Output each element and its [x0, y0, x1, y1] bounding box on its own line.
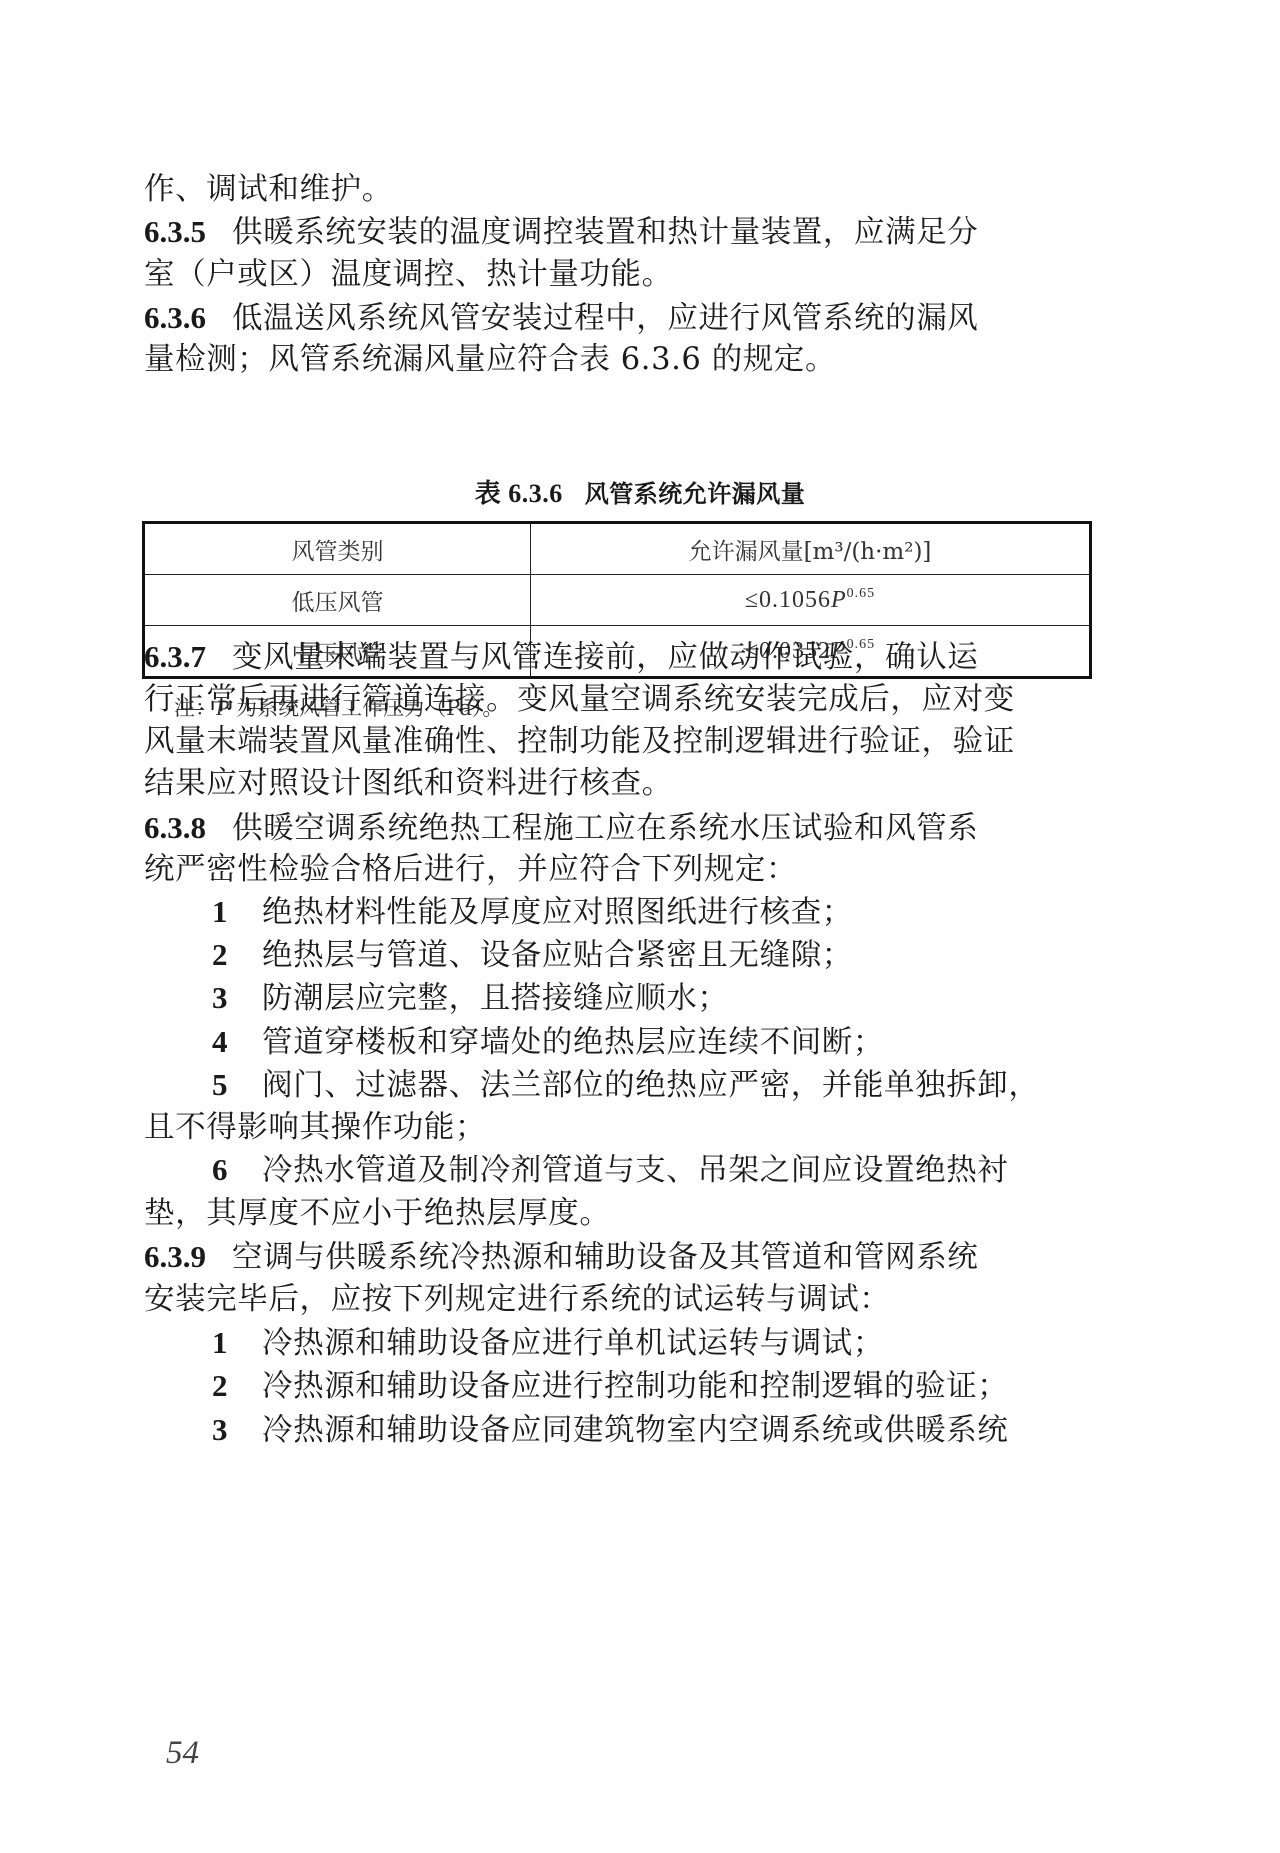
clause-number: 6.3.8: [144, 806, 206, 850]
clause-6-3-9-line-1: 6.3.9空调与供暖系统冷热源和辅助设备及其管道和管网系统: [144, 1235, 1094, 1280]
header-duct-type: 风管类别: [144, 523, 531, 575]
clause-text: 供暖系统安装的温度调控装置和热计量装置，应满足分: [232, 215, 978, 250]
item-text: 垫，其厚度不应小于绝热层厚度。: [144, 1196, 611, 1231]
clause-6-3-5-line-1: 6.3.5供暖系统安装的温度调控装置和热计量装置，应满足分: [144, 210, 1094, 255]
cell-duct-type: 低压风管: [144, 575, 531, 626]
table-number: 表 6.3.6: [475, 479, 563, 508]
list-item: 3防潮层应完整，且搭接缝应顺水；: [144, 976, 1094, 1021]
table-caption: 表 6.3.6风管系统允许漏风量: [0, 474, 1280, 514]
clause-text: 量检测；风管系统漏风量应符合表 6.3.6 的规定。: [144, 342, 836, 377]
item-text: 冷热源和辅助设备应进行单机试运转与调试；: [262, 1326, 884, 1361]
table-header-row: 风管类别 允许漏风量[m³/(h·m²)]: [144, 523, 1091, 575]
item-number: 1: [212, 890, 262, 934]
item-text: 绝热材料性能及厚度应对照图纸进行核查；: [262, 895, 853, 930]
clause-text: 变风量末端装置与风管连接前，应做动作试验，确认运: [232, 640, 978, 675]
table-title: 风管系统允许漏风量: [585, 480, 806, 508]
formula-coefficient: ≤0.1056: [745, 587, 831, 613]
clause-6-3-6-line-1: 6.3.6低温送风系统风管安装过程中，应进行风管系统的漏风: [144, 296, 1094, 341]
header-allowed-leakage: 允许漏风量[m³/(h·m²)]: [531, 523, 1091, 575]
clause-6-3-7-line-4: 结果应对照设计图纸和资料进行核查。: [144, 762, 1094, 806]
item-text: 管道穿楼板和穿墙处的绝热层应连续不间断；: [262, 1025, 884, 1060]
item-text: 冷热水管道及制冷剂管道与支、吊架之间应设置绝热衬: [262, 1153, 1008, 1188]
clause-text: 行正常后再进行管道连接。变风量空调系统安装完成后，应对变: [144, 682, 1015, 717]
item-number: 5: [212, 1063, 262, 1107]
item-number: 4: [212, 1020, 262, 1064]
paragraph-continuation: 作、调试和维护。: [144, 168, 1094, 212]
list-item-continuation: 垫，其厚度不应小于绝热层厚度。: [144, 1192, 1094, 1236]
clause-6-3-8-line-1: 6.3.8供暖空调系统绝热工程施工应在系统水压试验和风管系: [144, 806, 1094, 851]
item-text: 防潮层应完整，且搭接缝应顺水；: [262, 981, 729, 1016]
clause-number: 6.3.9: [144, 1235, 206, 1279]
clause-number: 6.3.6: [144, 296, 206, 340]
clause-text: 统严密性检验合格后进行，并应符合下列规定：: [144, 852, 797, 887]
item-text: 且不得影响其操作功能；: [144, 1110, 486, 1145]
clause-text: 风量末端装置风量准确性、控制功能及控制逻辑进行验证，验证: [144, 724, 1015, 759]
list-item: 5阀门、过滤器、法兰部位的绝热应严密，并能单独拆卸，: [144, 1063, 1094, 1108]
clause-text: 结果应对照设计图纸和资料进行核查。: [144, 766, 673, 801]
item-number: 3: [212, 976, 262, 1020]
list-item: 6冷热水管道及制冷剂管道与支、吊架之间应设置绝热衬: [144, 1148, 1094, 1193]
item-text: 绝热层与管道、设备应贴合紧密且无缝隙；: [262, 938, 853, 973]
list-item: 1绝热材料性能及厚度应对照图纸进行核查；: [144, 890, 1094, 935]
list-item: 2绝热层与管道、设备应贴合紧密且无缝隙；: [144, 933, 1094, 978]
list-item: 4管道穿楼板和穿墙处的绝热层应连续不间断；: [144, 1020, 1094, 1065]
clause-text: 安装完毕后，应按下列规定进行系统的试运转与调试：: [144, 1282, 890, 1317]
item-text: 冷热源和辅助设备应同建筑物室内空调系统或供暖系统: [262, 1413, 1008, 1448]
item-text: 阀门、过滤器、法兰部位的绝热应严密，并能单独拆卸，: [262, 1068, 1040, 1103]
list-item: 1冷热源和辅助设备应进行单机试运转与调试；: [144, 1321, 1094, 1366]
item-number: 6: [212, 1148, 262, 1192]
clause-6-3-7-line-1: 6.3.7变风量末端装置与风管连接前，应做动作试验，确认运: [144, 635, 1094, 680]
text: 作、调试和维护。: [144, 172, 393, 207]
page-number: 54: [166, 1735, 199, 1772]
clause-6-3-7-line-2: 行正常后再进行管道连接。变风量空调系统安装完成后，应对变: [144, 678, 1094, 722]
clause-6-3-6-line-2: 量检测；风管系统漏风量应符合表 6.3.6 的规定。: [144, 338, 1094, 382]
clause-6-3-8-line-2: 统严密性检验合格后进行，并应符合下列规定：: [144, 848, 1094, 892]
clause-6-3-9-line-2: 安装完毕后，应按下列规定进行系统的试运转与调试：: [144, 1278, 1094, 1322]
list-item: 2冷热源和辅助设备应进行控制功能和控制逻辑的验证；: [144, 1364, 1094, 1409]
clause-text: 空调与供暖系统冷热源和辅助设备及其管道和管网系统: [232, 1240, 978, 1275]
clause-6-3-5-line-2: 室（户或区）温度调控、热计量功能。: [144, 253, 1094, 297]
formula-exponent: 0.65: [847, 586, 876, 601]
item-number: 2: [212, 1364, 262, 1408]
clause-text: 室（户或区）温度调控、热计量功能。: [144, 257, 673, 292]
item-text: 冷热源和辅助设备应进行控制功能和控制逻辑的验证；: [262, 1369, 1008, 1404]
item-number: 2: [212, 933, 262, 977]
formula-variable: P: [831, 587, 847, 613]
cell-formula: ≤0.1056P0.65: [531, 575, 1091, 626]
list-item-continuation: 且不得影响其操作功能；: [144, 1106, 1094, 1150]
table-row: 低压风管 ≤0.1056P0.65: [144, 575, 1091, 626]
item-number: 3: [212, 1408, 262, 1452]
clause-text: 低温送风系统风管安装过程中，应进行风管系统的漏风: [232, 301, 978, 336]
clause-number: 6.3.7: [144, 635, 206, 679]
clause-number: 6.3.5: [144, 210, 206, 254]
clause-6-3-7-line-3: 风量末端装置风量准确性、控制功能及控制逻辑进行验证，验证: [144, 720, 1094, 764]
clause-text: 供暖空调系统绝热工程施工应在系统水压试验和风管系: [232, 811, 978, 846]
item-number: 1: [212, 1321, 262, 1365]
list-item: 3冷热源和辅助设备应同建筑物室内空调系统或供暖系统: [144, 1408, 1094, 1453]
